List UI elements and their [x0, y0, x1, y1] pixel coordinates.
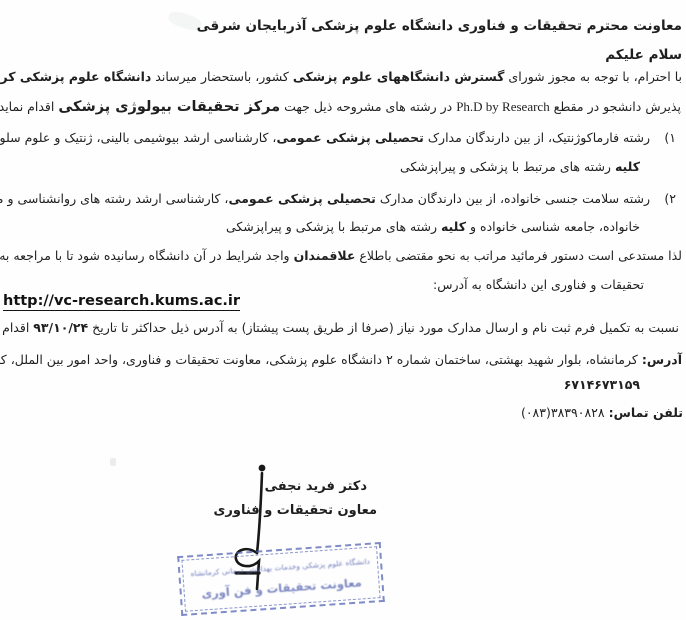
- deadline-line: نسبت به تکمیل فرم ثبت نام و ارسال مدارک …: [0, 318, 679, 338]
- list-item-2-marker: ۲): [664, 189, 676, 209]
- list-item-1-line-1: رشته فارماکوژنتیک، از بین دارندگان مدارک…: [0, 128, 650, 148]
- phone-line: تلفن تماس: ۳۸۳۹۰۸۲۸(۰۸۳): [521, 403, 683, 423]
- intro-line-1: با احترام، با توجه به مجوز شورای گسترش د…: [0, 67, 682, 87]
- address-line: آدرس: کرمانشاه، بلوار شهید بهشتی، ساختما…: [0, 350, 682, 370]
- portal-url-line: http://vc-research.kums.ac.ir: [3, 291, 240, 311]
- request-line-1: لذا مستدعی است دستور فرمائید مراتب به نح…: [0, 246, 682, 266]
- signatory-title: معاون تحقیقات و فناوری: [214, 501, 378, 521]
- portal-url-link[interactable]: http://vc-research.kums.ac.ir: [3, 293, 240, 311]
- list-item-2-line-1: رشته سلامت جنسی خانواده، از بین دارندگان…: [0, 189, 650, 209]
- list-item-2-line-2: خانواده، جامعه شناسی خانواده و کلیه رشته…: [226, 217, 640, 237]
- salutation-line: سلام علیکم: [605, 45, 682, 65]
- intro-line-2: پذیرش دانشجو در مقطع Ph.D by Research در…: [0, 97, 681, 117]
- stamp-text-university: دانشگاه علوم پزشکی وخدمات بهداشتی درمانی…: [190, 557, 370, 579]
- request-line-2: تحقیقات و فناوری این دانشگاه به آدرس:: [433, 275, 644, 295]
- postal-code: ۶۷۱۴۶۷۳۱۵۹: [564, 375, 640, 395]
- list-item-1-line-2: کلیه رشته های مرتبط با پزشکی و پیراپزشکی: [400, 157, 640, 177]
- scanned-letter-page: معاونت محترم تحقیقات و فناوری دانشگاه عل…: [0, 0, 686, 620]
- signatory-name: دکتر فرید نجفی: [265, 477, 367, 497]
- stamp-border: دانشگاه علوم پزشکی وخدمات بهداشتی درمانی…: [181, 546, 380, 612]
- list-item-1-marker: ۱): [664, 128, 676, 148]
- stamp-text-deputy: معاونت تحقیقات و فن آوری: [201, 575, 362, 600]
- recipient-line: معاونت محترم تحقیقات و فناوری دانشگاه عل…: [197, 16, 682, 36]
- official-stamp: دانشگاه علوم پزشکی وخدمات بهداشتی درمانی…: [177, 542, 385, 616]
- scan-speck: [110, 458, 116, 466]
